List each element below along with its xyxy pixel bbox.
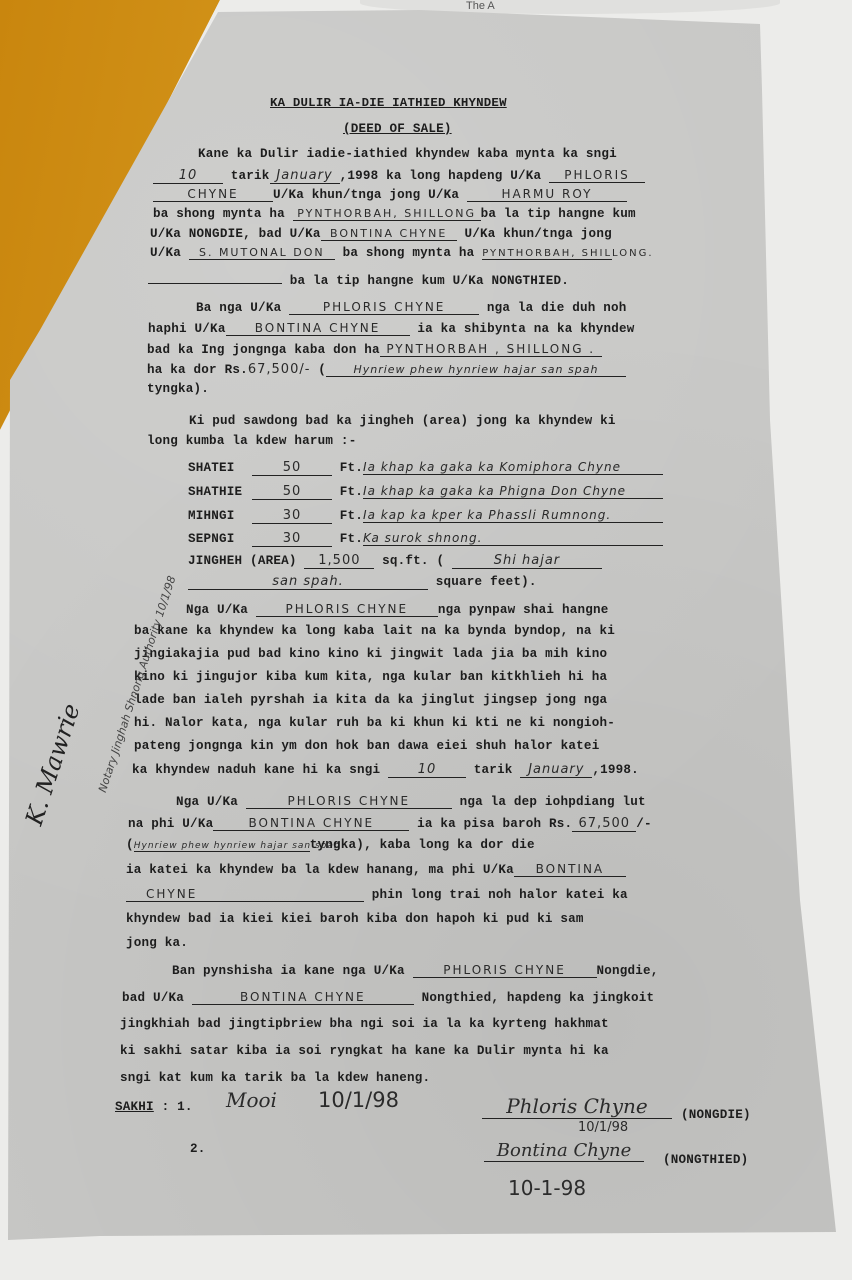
seller-signature-date: 10/1/98: [578, 1120, 628, 1135]
boundary-description: Ia kap ka kper ka Phassli Rumnong.: [363, 508, 663, 523]
boundary-side: SEPNGI: [188, 532, 252, 546]
buyer-parent-name: S. MUTONAL DON: [189, 246, 335, 260]
para4-line: kino ki jingujor kiba kum kita, nga kula…: [134, 670, 607, 684]
sale-amount: 67,500: [572, 816, 636, 832]
deed-of-sale-document: KA DULIR IA-DIE IATHIED KHYNDEW (DEED OF…: [0, 0, 852, 1280]
amount-in-words: Hynriew phew hynriew hajar san spah: [134, 841, 310, 852]
para6-line2: bad U/Ka BONTINA CHYNE Nongthied, hapden…: [122, 990, 654, 1005]
para1-line6: U/Ka S. MUTONAL DON ba shong mynta ha PY…: [150, 246, 612, 260]
witness1-signature: Mooi: [226, 1088, 277, 1112]
para5-line7: jong ka.: [126, 936, 188, 950]
boundary-description: Ia khap ka gaka ka Komiphora Chyne: [363, 460, 663, 475]
para1-line1: Kane ka Dulir iadie-iathied khyndew kaba…: [198, 147, 617, 161]
para6-line: sngi kat kum ka tarik ba la kdew haneng.: [120, 1071, 430, 1085]
boundary-description: Ka surok shnong.: [363, 531, 663, 546]
buyer-name: BONTINA CHYNE: [226, 321, 410, 336]
para1-line2: 10 tarikJanuary,1998 ka long hapdeng U/K…: [153, 168, 645, 184]
seller-address: PYNTHORBAH, SHILLONG: [293, 207, 481, 221]
month-field: January: [520, 762, 592, 778]
para1-line5: U/Ka NONGDIE, bad U/KaBONTINA CHYNE U/Ka…: [150, 227, 612, 241]
seller-name: PHLORIS CHYNE: [256, 602, 438, 617]
seller-first-name: PHLORIS: [549, 168, 645, 183]
para2-line5: tyngka).: [147, 382, 209, 396]
seller-name: PHLORIS CHYNE: [289, 300, 479, 315]
seller-signature: Phloris Chyne: [482, 1094, 672, 1119]
buyer-signature: Bontina Chyne: [484, 1140, 644, 1162]
para2-line4: ha ka dor Rs.67,500/- (Hynriew phew hynr…: [147, 362, 626, 377]
boundary-side: SHATEI: [188, 461, 252, 475]
para5-line3: (Hynriew phew hynriew hajar san spahtyng…: [126, 838, 535, 852]
seller-name: PHLORIS CHYNE: [413, 963, 597, 978]
para4-line: ba kane ka khyndew ka long kaba lait na …: [134, 624, 615, 638]
amount-in-words: Hynriew phew hynriew hajar san spah: [326, 363, 626, 377]
witness1-date: 10/1/98: [318, 1088, 399, 1112]
para4-line: jingiakajia pud bad kino kino ki jingwit…: [134, 647, 607, 661]
seller-name: PHLORIS CHYNE: [246, 794, 452, 809]
month-field: January: [270, 168, 340, 184]
para5-line6: khyndew bad ia kiei kiei baroh kiba don …: [126, 912, 584, 926]
boundary-length: 50: [252, 460, 332, 476]
para4-line: hi. Nalor kata, nga kular ruh ba ki khun…: [134, 716, 615, 730]
para3-line2: long kumba la kdew harum :-: [147, 434, 356, 448]
buyer-address: PYNTHORBAH, SHILLONG.: [482, 248, 612, 260]
boundary-row: SHATEI50 Ft.Ia khap ka gaka ka Komiphora…: [188, 460, 663, 476]
para3-line1: Ki pud sawdong bad ka jingheh (area) jon…: [189, 414, 616, 428]
para2-line1: Ba nga U/Ka PHLORIS CHYNE nga la die duh…: [196, 300, 627, 315]
para5-line5: CHYNE phin long trai noh halor katei ka: [126, 887, 628, 902]
witness-row-1: SAKHI : 1.: [115, 1100, 193, 1114]
area-line2: san spah. square feet).: [188, 574, 537, 590]
witness-label: SAKHI: [115, 1100, 154, 1114]
document-subtitle: (DEED OF SALE): [343, 122, 452, 136]
para4-last-line: ka khyndew naduh kane hi ka sngi 10 tari…: [132, 762, 639, 778]
boundary-row: SHATHIE50 Ft.Ia khap ka gaka ka Phigna D…: [188, 484, 663, 500]
boundary-length: 30: [252, 508, 332, 524]
buyer-name: BONTINA CHYNE: [321, 227, 457, 241]
seller-role: (NONGDIE): [681, 1108, 751, 1122]
boundary-row: MIHNGI30 Ft.Ia kap ka kper ka Phassli Ru…: [188, 508, 663, 524]
buyer-first-name: BONTINA: [514, 862, 626, 877]
boundary-length: 30: [252, 531, 332, 547]
boundary-side: SHATHIE: [188, 485, 252, 499]
para6-line1: Ban pynshisha ia kane nga U/Ka PHLORIS C…: [172, 963, 659, 978]
boundary-unit: Ft.: [340, 485, 363, 499]
buyer-role: (NONGTHIED): [663, 1153, 748, 1167]
seller-parent-name: HARMU ROY: [467, 187, 627, 202]
para5-line1: Nga U/Ka PHLORIS CHYNE nga la dep iohpdi…: [176, 794, 646, 809]
para5-line2: na phi U/KaBONTINA CHYNE ia ka pisa baro…: [128, 816, 652, 832]
para4-line: lade ban ialeh pyrshah ia kita da ka jin…: [134, 693, 607, 707]
property-location: PYNTHORBAH , SHILLONG .: [380, 342, 602, 357]
boundary-unit: Ft.: [340, 532, 363, 546]
boundary-side: MIHNGI: [188, 509, 252, 523]
para1-line7: ba la tip hangne kum U/Ka NONGTHIED.: [148, 274, 569, 288]
para5-line4: ia katei ka khyndew ba la kdew hanang, m…: [126, 862, 626, 877]
area-line1: JINGHEH (AREA) 1,500 sq.ft. ( Shi hajar: [188, 553, 602, 569]
boundary-length: 50: [252, 484, 332, 500]
day-field: 10: [153, 168, 223, 184]
para2-line3: bad ka Ing jongnga kaba don haPYNTHORBAH…: [147, 342, 602, 357]
document-title: KA DULIR IA-DIE IATHIED KHYNDEW: [270, 96, 507, 110]
day-field: 10: [388, 762, 466, 778]
para4-line: pateng jongnga kin ym don hok ban dawa e…: [134, 739, 599, 753]
margin-signature: K. Mawrie: [20, 700, 86, 828]
para1-line3: CHYNEU/Ka khun/tnga jong U/Ka HARMU ROY: [153, 187, 627, 202]
seller-last-name: CHYNE: [153, 187, 273, 202]
para2-line2: haphi U/KaBONTINA CHYNE ia ka shibynta n…: [148, 321, 635, 336]
boundary-unit: Ft.: [340, 509, 363, 523]
boundary-unit: Ft.: [340, 461, 363, 475]
para6-line: ki sakhi satar kiba ia soi ryngkat ha ka…: [120, 1044, 609, 1058]
boundary-row: SEPNGI30 Ft.Ka surok shnong.: [188, 531, 663, 547]
para4-line1: Nga U/Ka PHLORIS CHYNEnga pynpaw shai ha…: [186, 602, 609, 617]
boundary-description: Ia khap ka gaka ka Phigna Don Chyne: [363, 484, 663, 499]
buyer-signature-date: 10-1-98: [508, 1176, 586, 1200]
sale-amount: 67,500/-: [248, 362, 311, 377]
witness2-number: 2.: [190, 1142, 206, 1156]
para1-line4: ba shong mynta ha PYNTHORBAH, SHILLONGba…: [153, 207, 636, 221]
para6-line: jingkhiah bad jingtipbriew bha ngi soi i…: [120, 1017, 609, 1031]
buyer-name: BONTINA CHYNE: [213, 816, 409, 831]
area-words: Shi hajar: [452, 553, 602, 569]
buyer-name: BONTINA CHYNE: [192, 990, 414, 1005]
area-value: 1,500: [304, 553, 374, 569]
buyer-last-name: CHYNE: [126, 887, 364, 902]
